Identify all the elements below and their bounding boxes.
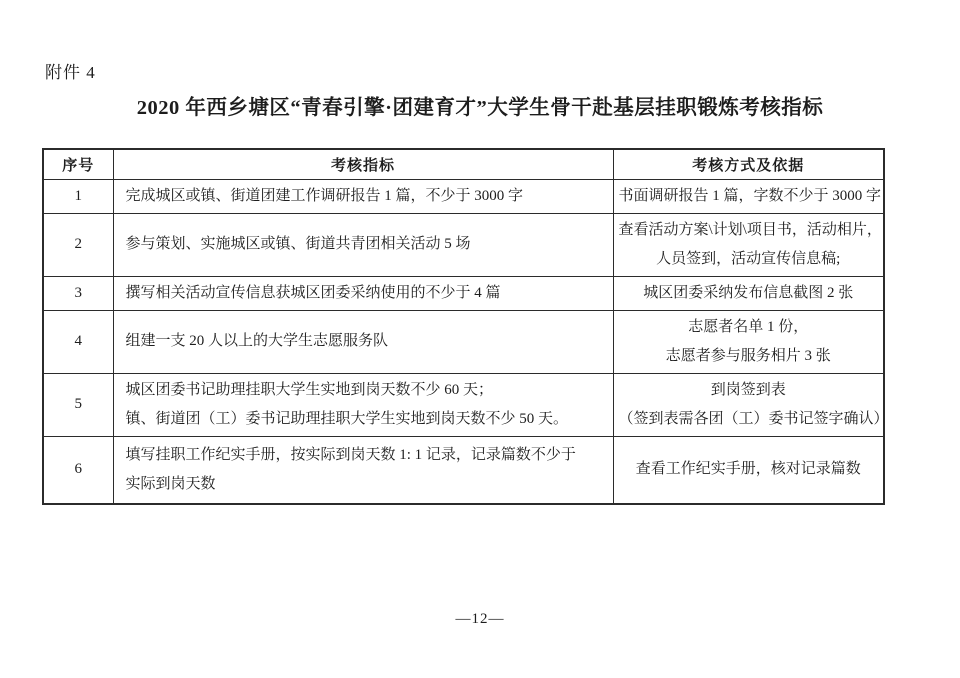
indicator-cell: 填写挂职工作纪实手册，按实际到岗天数 1: 1 记录，记录篇数不少于 实际到岗天… [113,436,613,504]
table-row: 2 参与策划、实施城区或镇、街道共青团相关活动 5 场 查看活动方案\计划\项目… [43,213,884,276]
table-row: 3 撰写相关活动宣传信息获城区团委采纳使用的不少于 4 篇 城区团委采纳发布信息… [43,276,884,310]
cell-line: 志愿者参与服务相片 3 张 [619,342,879,371]
row-serial: 2 [43,213,113,276]
indicator-cell: 参与策划、实施城区或镇、街道共青团相关活动 5 场 [113,213,613,276]
cell-line: 查看工作纪实手册，核对记录篇数 [619,455,879,484]
cell-line: 镇、街道团（工）委书记助理挂职大学生实地到岗天数不少 50 天。 [126,405,603,434]
indicator-cell: 组建一支 20 人以上的大学生志愿服务队 [113,310,613,373]
table-row: 5 城区团委书记助理挂职大学生实地到岗天数不少 60 天； 镇、街道团（工）委书… [43,373,884,436]
cell-line: 实际到岗天数 [126,470,603,499]
cell-line: 城区团委书记助理挂职大学生实地到岗天数不少 60 天； [126,376,603,405]
method-cell: 查看工作纪实手册，核对记录篇数 [613,436,884,504]
cell-line: 填写挂职工作纪实手册，按实际到岗天数 1: 1 记录，记录篇数不少于 [126,441,603,470]
method-cell: 到岗签到表 （签到表需各团（工）委书记签字确认） [613,373,884,436]
indicator-cell: 撰写相关活动宣传信息获城区团委采纳使用的不少于 4 篇 [113,276,613,310]
column-header-serial: 序号 [43,149,113,179]
cell-line: 人员签到，活动宣传信息稿; [619,245,879,274]
column-header-method: 考核方式及依据 [613,149,884,179]
cell-line: 志愿者名单 1 份， [619,313,879,342]
table-row: 6 填写挂职工作纪实手册，按实际到岗天数 1: 1 记录，记录篇数不少于 实际到… [43,436,884,504]
cell-line: 完成城区或镇、街道团建工作调研报告 1 篇，不少于 3000 字 [126,182,603,211]
table-header-row: 序号 考核指标 考核方式及依据 [43,149,884,179]
method-cell: 查看活动方案\计划\项目书，活动相片， 人员签到，活动宣传信息稿; [613,213,884,276]
column-header-indicator: 考核指标 [113,149,613,179]
cell-line: 查看活动方案\计划\项目书，活动相片， [619,216,879,245]
table-row: 4 组建一支 20 人以上的大学生志愿服务队 志愿者名单 1 份， 志愿者参与服… [43,310,884,373]
cell-line: 组建一支 20 人以上的大学生志愿服务队 [126,327,603,356]
table-row: 1 完成城区或镇、街道团建工作调研报告 1 篇，不少于 3000 字 书面调研报… [43,179,884,213]
document-title: 2020 年西乡塘区“青春引擎·团建育才”大学生骨干赴基层挂职锻炼考核指标 [0,90,960,120]
cell-line: 到岗签到表 [619,376,879,405]
row-serial: 6 [43,436,113,504]
cell-line: 撰写相关活动宣传信息获城区团委采纳使用的不少于 4 篇 [126,279,603,308]
method-cell: 书面调研报告 1 篇，字数不少于 3000 字 [613,179,884,213]
row-serial: 4 [43,310,113,373]
cell-line: 书面调研报告 1 篇，字数不少于 3000 字 [619,182,879,211]
attachment-label: 附件 4 [45,58,96,83]
indicator-cell: 完成城区或镇、街道团建工作调研报告 1 篇，不少于 3000 字 [113,179,613,213]
cell-line: 城区团委采纳发布信息截图 2 张 [619,279,879,308]
indicator-cell: 城区团委书记助理挂职大学生实地到岗天数不少 60 天； 镇、街道团（工）委书记助… [113,373,613,436]
method-cell: 城区团委采纳发布信息截图 2 张 [613,276,884,310]
cell-line: 参与策划、实施城区或镇、街道共青团相关活动 5 场 [126,230,603,259]
method-cell: 志愿者名单 1 份， 志愿者参与服务相片 3 张 [613,310,884,373]
assessment-indicators-table: 序号 考核指标 考核方式及依据 1 完成城区或镇、街道团建工作调研报告 1 篇，… [42,148,885,505]
cell-line: （签到表需各团（工）委书记签字确认） [619,405,879,434]
row-serial: 1 [43,179,113,213]
document-page: 附件 4 2020 年西乡塘区“青春引擎·团建育才”大学生骨干赴基层挂职锻炼考核… [0,0,960,678]
row-serial: 5 [43,373,113,436]
page-number: —12— [0,611,960,628]
row-serial: 3 [43,276,113,310]
